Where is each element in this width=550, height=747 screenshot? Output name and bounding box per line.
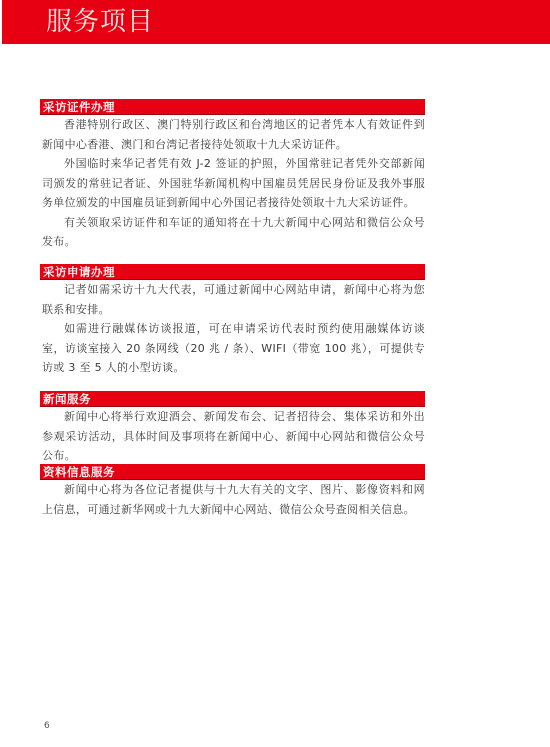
paragraph: 记者如需采访十九大代表，可通过新闻中心网站申请，新闻中心将为您联系和安排。 <box>40 280 425 319</box>
section-press-credentials: 采访证件办理 香港特别行政区、澳门特别行政区和台湾地区的记者凭本人有效证件到新闻… <box>40 99 425 252</box>
section-heading: 新闻服务 <box>40 391 425 407</box>
paragraph: 如需进行融媒体访谈报道，可在申请采访代表时预约使用融媒体访谈室，访谈室接入 20… <box>40 319 425 378</box>
paragraph: 有关领取采访证件和车证的通知将在十九大新闻中心网站和微信公众号发布。 <box>40 213 425 252</box>
section-heading: 采访申请办理 <box>40 264 425 280</box>
paragraph: 新闻中心将为各位记者提供与十九大有关的文字、图片、影像资料和网上信息，可通过新华… <box>40 480 425 519</box>
section-heading: 采访证件办理 <box>40 99 425 115</box>
section-news-services: 新闻服务 新闻中心将举行欢迎酒会、新闻发布会、记者招待会、集体采访和外出参观采访… <box>40 391 425 466</box>
section-interview-requests: 采访申请办理 记者如需采访十九大代表，可通过新闻中心网站申请，新闻中心将为您联系… <box>40 264 425 378</box>
page-header-bar: 服务项目 <box>2 0 550 44</box>
page-number: 6 <box>44 721 50 731</box>
paragraph: 外国临时来华记者凭有效 J-2 签证的护照，外国常驻记者凭外交部新闻司颁发的常驻… <box>40 154 425 213</box>
page-title: 服务项目 <box>46 6 154 38</box>
paragraph: 新闻中心将举行欢迎酒会、新闻发布会、记者招待会、集体采访和外出参观采访活动，具体… <box>40 407 425 466</box>
section-information-services: 资料信息服务 新闻中心将为各位记者提供与十九大有关的文字、图片、影像资料和网上信… <box>40 464 425 519</box>
section-heading: 资料信息服务 <box>40 464 425 480</box>
paragraph: 香港特别行政区、澳门特别行政区和台湾地区的记者凭本人有效证件到新闻中心香港、澳门… <box>40 115 425 154</box>
